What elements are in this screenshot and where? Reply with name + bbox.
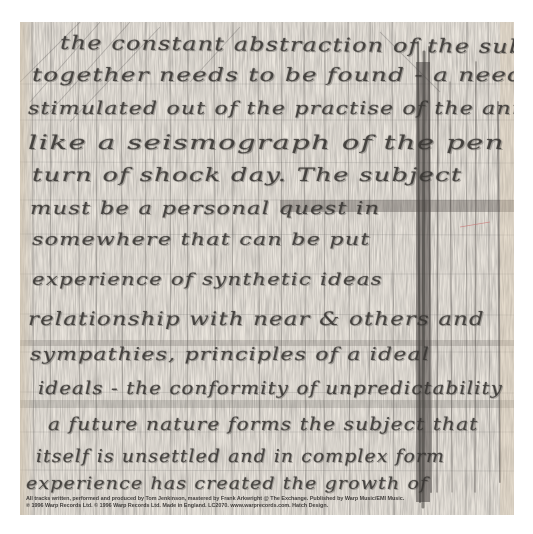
handwriting-line: ideals - the conformity of unpredictabil… <box>38 378 503 399</box>
handwriting-line: stimulated out of the practise of the an… <box>28 98 514 119</box>
handwriting-line: sympathies, principles of a ideal <box>30 344 430 365</box>
handwriting-line: relationship with near & others and <box>28 308 485 330</box>
album-artwork: the constant abstraction of the subject … <box>20 22 514 515</box>
handwriting-line: a future nature forms the subject that <box>48 414 479 435</box>
credits-line-2: ℗ 1996 Warp Records Ltd. © 1996 Warp Rec… <box>26 503 510 510</box>
credits-text: All tracks written, performed and produc… <box>26 496 510 510</box>
handwriting-line: the constant abstraction of the subject <box>60 32 514 58</box>
handwriting-line: somewhere that can be put <box>32 230 371 250</box>
handwriting-line: turn of shock day. The subject <box>32 164 463 186</box>
credits-line-1: All tracks written, performed and produc… <box>26 496 510 503</box>
handwriting-line: experience has created the growth of <box>26 474 428 494</box>
handwriting-line: must be a personal quest in <box>30 198 380 219</box>
handwriting-line: like a seismograph of the pen in <box>28 130 514 154</box>
handwriting-line: itself is unsettled and in complex form <box>36 446 445 467</box>
graphite-texture <box>20 22 514 515</box>
handwriting-line: together needs to be found - a need to b… <box>32 64 514 86</box>
handwriting-line: experience of synthetic ideas <box>32 270 383 290</box>
